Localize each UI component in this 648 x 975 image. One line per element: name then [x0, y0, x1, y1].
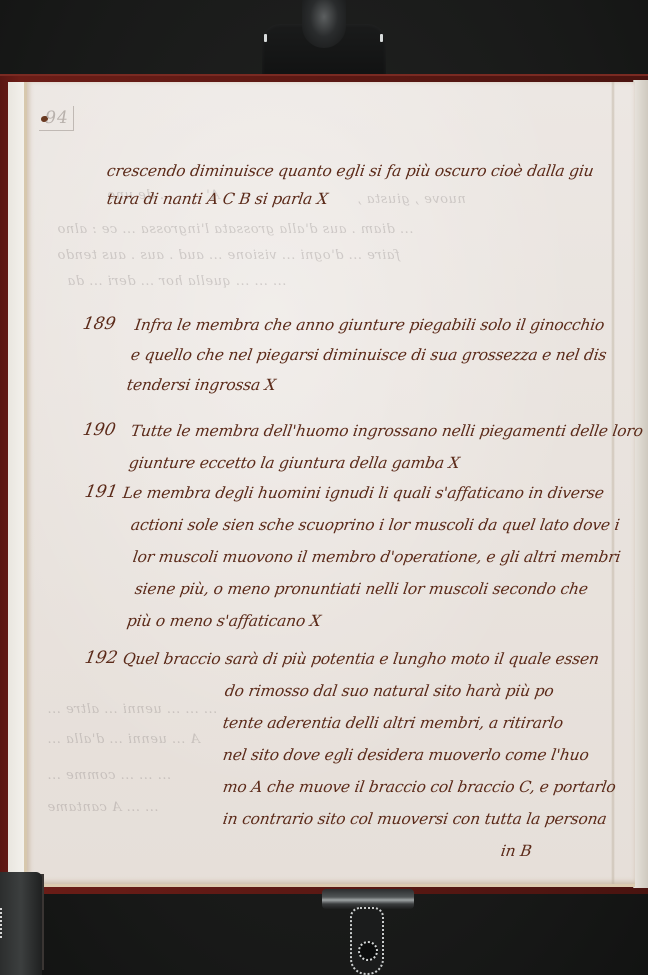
clip-teeth [0, 908, 6, 938]
folio-number: 94 [43, 108, 70, 128]
end-mark: X [316, 190, 329, 208]
clamp-knob [302, 0, 346, 48]
clip-bar [322, 889, 414, 909]
clip-hole [358, 941, 378, 961]
paragraph-line: Tutte le membra dell'huomo ingrossano ne… [130, 422, 644, 440]
clamp-glint [380, 34, 383, 42]
bleed-through-line: ... ... A cantame [47, 800, 158, 815]
bleed-through-line: ... ... ... quella hor ... deri ... da [67, 274, 286, 289]
paragraph-line: Le membra degli huomini ignudi li quali … [122, 484, 605, 502]
paragraph-line: in B [500, 842, 533, 860]
intro-line-text: tura di nanti A C B si parla [106, 190, 314, 208]
facing-page-edge [633, 80, 648, 888]
bleed-through-line: nuove , giusta , [357, 192, 466, 207]
paragraph-line: giunture eccetto la giuntura della gamba… [128, 454, 461, 472]
paragraph-number: 190 [81, 420, 117, 440]
bleed-through-line: faire ... d'ogni ... visione ... aud . a… [57, 248, 400, 263]
paragraph-line-text: tendersi ingrossa [126, 376, 262, 394]
paragraph-line: actioni sole sien sche scuoprino i lor m… [130, 516, 621, 534]
bottom-clip [322, 889, 414, 975]
paragraph-line: lor muscoli muovono il membro d'operatio… [132, 548, 622, 566]
paragraph-number: 192 [83, 648, 119, 668]
top-clamp [262, 0, 386, 84]
left-clip [0, 872, 42, 975]
bleed-through-line: ... ... ... uenni ... altre ... [47, 702, 217, 717]
paragraph-line: in contrario sito col muoversi con tutta… [222, 810, 608, 828]
paragraph-line: e quello che nel piegarsi diminuisce di … [130, 346, 608, 364]
page-gutter-crease [611, 82, 615, 884]
paragraph-line: più o meno s'affaticano X [126, 612, 322, 630]
manuscript-page: 94 A' ... , ... de uno nuove , giusta , … [24, 82, 635, 887]
end-mark: X [309, 612, 322, 630]
end-mark: X [447, 454, 460, 472]
paragraph-line: mo A che muove il braccio col braccio C,… [222, 778, 617, 796]
paragraph-line: Quel braccio sarà di più potentia e lung… [122, 650, 600, 668]
intro-line: tura di nanti A C B si parla X [106, 190, 329, 208]
paragraph-line: do rimosso dal suo natural sito harà più… [224, 682, 555, 700]
intro-line: crescendo diminuisce quanto egli si fa p… [106, 162, 595, 180]
paragraph-line: nel sito dove egli desidera muoverlo com… [222, 746, 590, 764]
paragraph-line-text: giunture eccetto la giuntura della gamba [128, 454, 445, 472]
paragraph-line: siene più, o meno pronuntiati nelli lor … [134, 580, 589, 598]
paragraph-number: 189 [81, 314, 117, 334]
paragraph-line: tente aderentia delli altri membri, a ri… [222, 714, 564, 732]
bleed-through-line: ... diam . aus d'alla grossata l'ingross… [57, 222, 413, 237]
clamp-glint [264, 34, 267, 42]
end-mark: X [264, 376, 277, 394]
paragraph-line: tendersi ingrossa X [126, 376, 277, 394]
paragraph-number: 191 [83, 482, 119, 502]
bleed-through-line: A ... uenni ... d'alla ... [47, 732, 200, 747]
paragraph-line-text: più o meno s'affaticano [126, 612, 307, 630]
bleed-through-line: ... ... ... comme ... [47, 768, 171, 783]
left-endpaper [8, 82, 25, 882]
paragraph-line: Infra le membra che anno giunture piegab… [134, 316, 606, 334]
